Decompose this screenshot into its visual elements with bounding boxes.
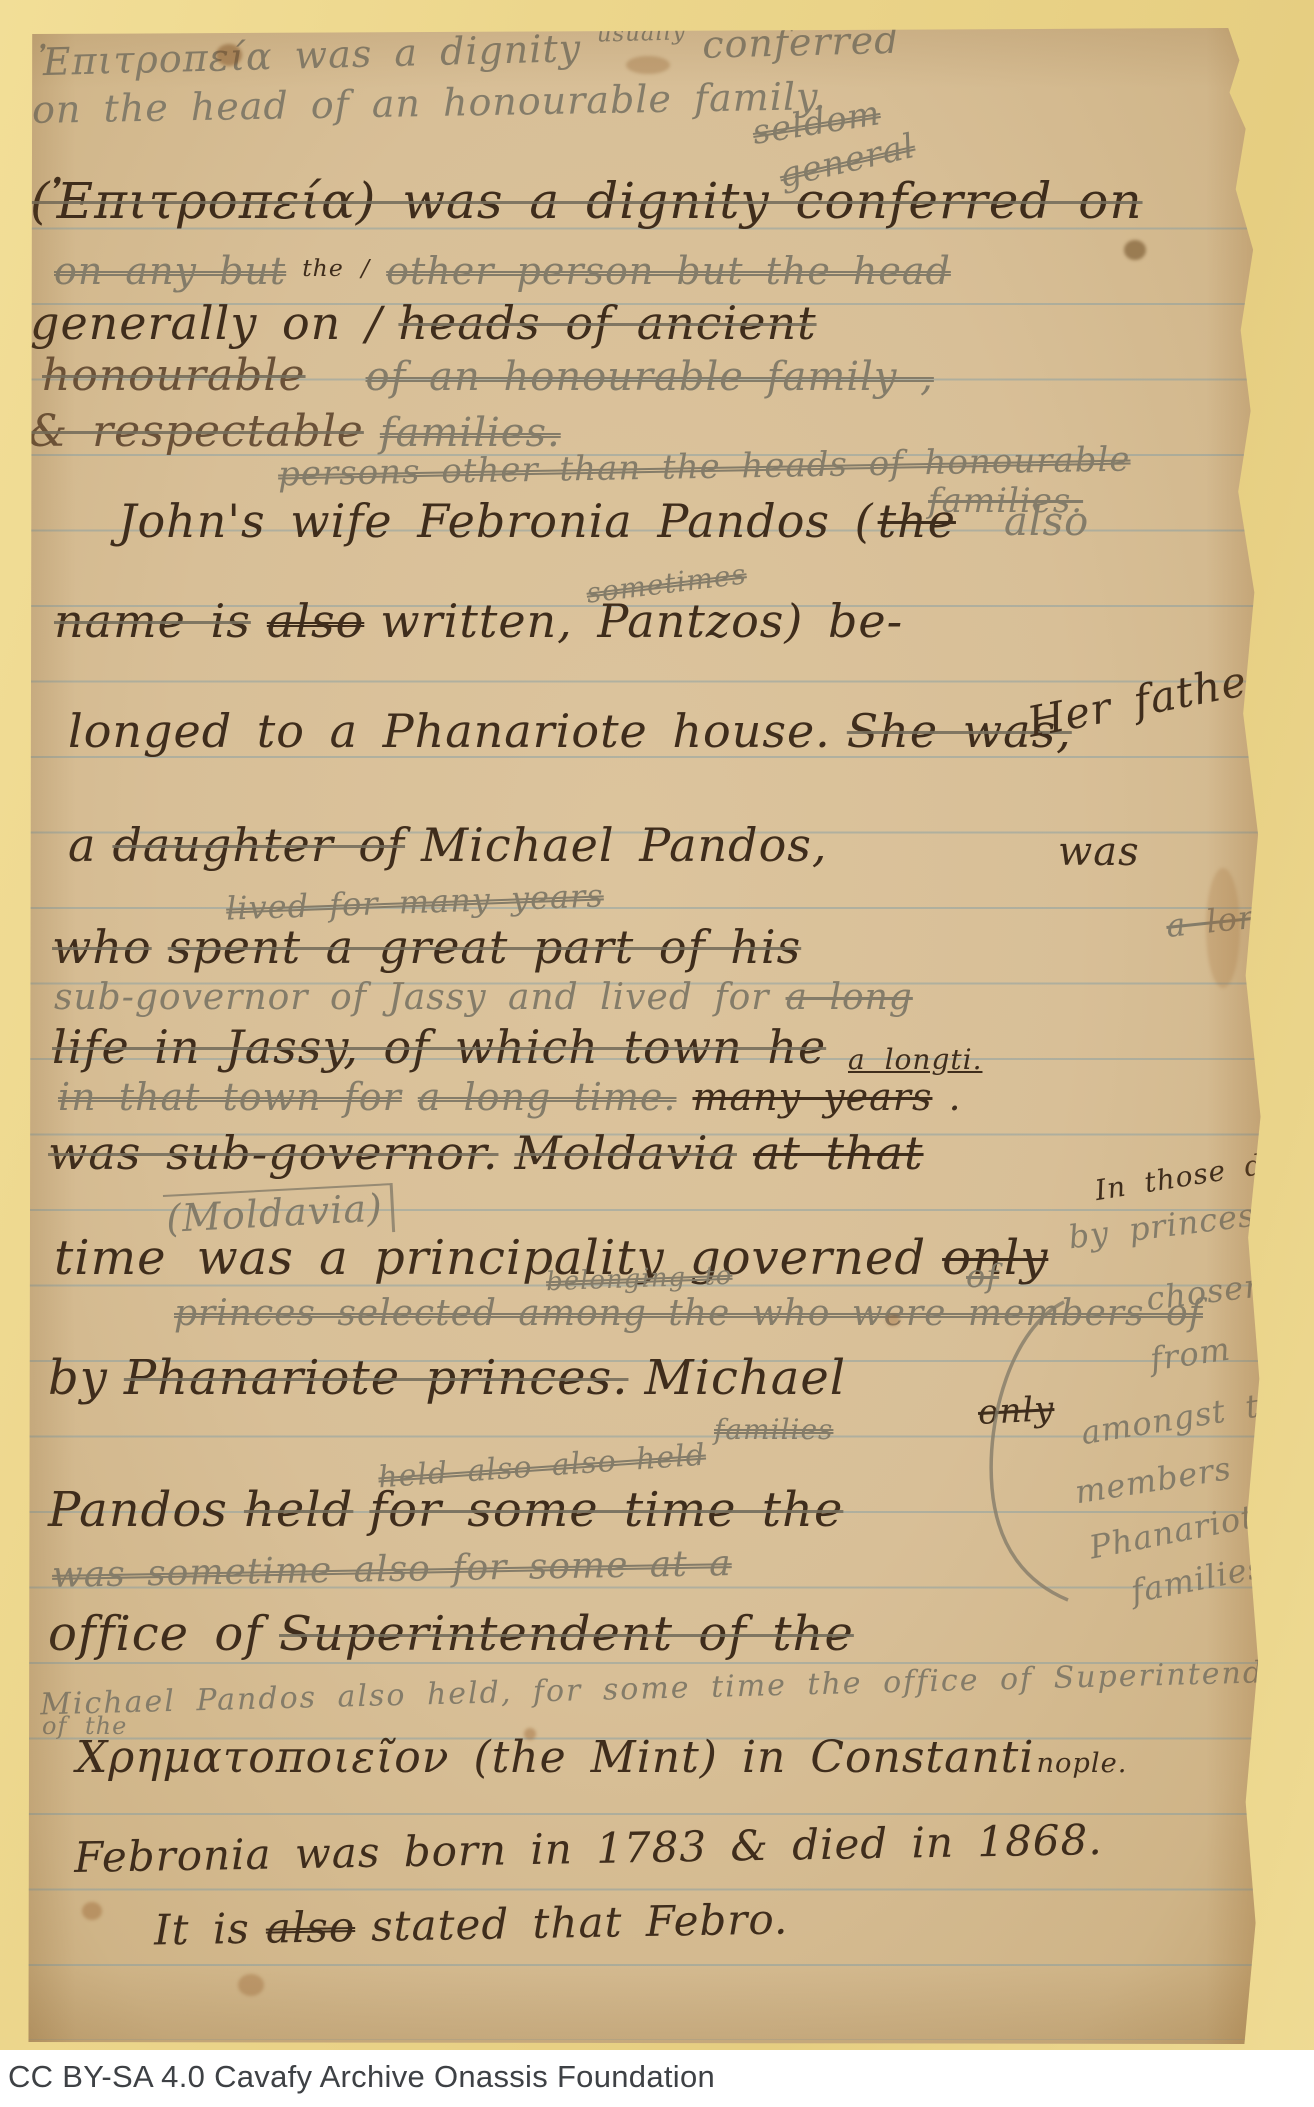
ms-text: John's wife Febronia Pandos ( [118, 494, 874, 548]
ms-struck-text: of an honourable family , [366, 354, 934, 400]
ms-struck-text: name is [54, 594, 251, 648]
ink-line-it-is-stated: It isalsostated that Febro. [154, 1898, 789, 1951]
ink-insert-a-longti: a longti. [848, 1046, 982, 1074]
ms-text: longed to a Phanariote house. [68, 704, 831, 758]
pencil-line-sub-governor: sub-governor of Jassy and lived fora lon… [54, 980, 913, 1016]
stain [1124, 240, 1146, 260]
ms-text: . [948, 1075, 961, 1119]
pencil-struck-of: of [966, 1260, 999, 1292]
ms-text: was [1058, 829, 1140, 875]
pencil-struck-lived-for: lived for many years [226, 879, 605, 924]
ms-struck-text: heads of ancient [398, 296, 816, 350]
pencil-line-michael-pandos-held: Michael Pandos also held, for some time … [40, 1658, 1293, 1721]
ms-struck-text: also [265, 1902, 355, 1953]
ink-line-mint: Χρηματοποιεῖον (the Mint) in Constantino… [76, 1736, 1127, 1780]
scanned-manuscript-view: { "palette":{"mat":"#ecd68c","paper":"#d… [0, 0, 1314, 2107]
ms-struck-text: life in Jassy, of which town he [52, 1020, 826, 1074]
ms-insert: the / [302, 254, 370, 282]
pencil-struck-belonging-to: belonging to [546, 1263, 733, 1295]
ms-struck-text: many years [692, 1075, 932, 1119]
ms-text: Χρηματοποιεῖον (the Mint) in Constanti [76, 1732, 1034, 1783]
ms-text: Pandos [48, 1482, 228, 1538]
ms-text: from [1148, 1330, 1233, 1379]
ink-line-johns-wife: John's wife Febronia Pandos (the [118, 498, 956, 544]
ms-text: by princes [1066, 1196, 1257, 1257]
ms-text: on the head of an honourable family. [32, 74, 827, 132]
ms-text: time [54, 1230, 167, 1286]
ms-struck-text: who [52, 920, 152, 974]
ms-text: Ἐπιτροπεία was a dignity [38, 26, 582, 84]
ms-struck-text: at that [753, 1126, 924, 1180]
ms-struck-text: in that town for [58, 1075, 402, 1119]
ms-struck-text: the [878, 494, 956, 548]
ms-text: nople. [1036, 1748, 1127, 1779]
pencil-struck-families2: families [714, 1416, 833, 1444]
ms-struck-text: held [244, 1482, 353, 1538]
ink-line-office-superintendent: office ofSuperintendent of the [48, 1610, 854, 1658]
stain [238, 1974, 264, 1996]
license-caption-bar: CC BY-SA 4.0 Cavafy Archive Onassis Foun… [0, 2050, 1314, 2107]
ms-text: Michael Pandos also held, for some time … [40, 1655, 1293, 1723]
stain [82, 1902, 102, 1920]
ms-struck-text: other person but the head [386, 249, 951, 293]
struck-line-respectable: & respectablefamilies. [28, 410, 561, 454]
ms-text: office of [48, 1606, 263, 1662]
ink-line-febronia-dates: Febronia was born in 1783 & died in 1868… [74, 1819, 1103, 1879]
manuscript-page: Ἐπιτροπεία was a dignityusuallyconferred… [26, 28, 1268, 2044]
pencil-insert-also: also [1004, 502, 1089, 542]
ms-text: Michael Pandos, [421, 818, 828, 872]
ms-struck-text: a long [786, 977, 913, 1018]
ms-struck-text: daughter of [112, 818, 405, 872]
ms-struck-text: on any but [54, 249, 286, 293]
ms-struck-text: Phanariote princes. [124, 1350, 629, 1406]
ink-line-was-sub-governor: was sub-governor.Moldaviaat that [48, 1130, 924, 1176]
ink-line-who-spent: whospent a great part of his [52, 924, 801, 970]
ink-insert-her-father: Her father, [1024, 654, 1280, 744]
ms-text: also [1004, 499, 1089, 545]
struck-line-on-any-but: on any butthe /other person but the head [54, 252, 951, 290]
ms-struck-text: spent a great part of his [168, 920, 802, 974]
ink-line-generally: generally on /heads of ancient [30, 300, 817, 346]
margin-note-chosen: chosen [1144, 1269, 1267, 1315]
ms-text: Her father, [1024, 650, 1282, 746]
ms-struck-text: was sub-governor. [48, 1126, 498, 1180]
ms-text: a [68, 818, 96, 872]
ms-struck-text: for some time the [369, 1482, 843, 1538]
ink-insert-was: was [1058, 832, 1140, 872]
ms-text: a longti. [848, 1043, 982, 1076]
ms-text: stated that Febro. [371, 1894, 789, 1950]
ms-struck-text: & respectable [28, 406, 364, 457]
ms-text: Michael [644, 1350, 846, 1406]
ms-struck-text: of [966, 1257, 999, 1295]
ink-line-life-in-jassy: life in Jassy, of which town he [52, 1024, 826, 1070]
ms-struck-text: Moldavia [514, 1126, 737, 1180]
ms-text: by [48, 1350, 108, 1406]
ink-line-daughter: adaughter ofMichael Pandos, [68, 822, 828, 868]
ms-text: written, Pantzos) be- [380, 594, 903, 648]
ink-line-by-phanariote: byPhanariote princes.Michael [48, 1354, 846, 1402]
struck-line-honourable: honourableof an honourable family , [42, 354, 934, 398]
ink-line-name-is: name isalsowritten, Pantzos) be- [54, 598, 903, 644]
ink-line-pandos-held: Pandosheldfor some time the [48, 1486, 843, 1534]
margin-note-by-princes: by princes [1067, 1199, 1257, 1254]
ms-struck-text: (Ἐπιτροπεία) was a dignity conferred on [30, 172, 1143, 230]
ms-text: Febronia was born in 1783 & died in 1868… [74, 1815, 1103, 1882]
pencil-line-in-that-town: in that town fora long time.many years. [58, 1078, 962, 1116]
ms-text: chosen [1144, 1266, 1268, 1318]
ms-struck-text: honourable [42, 350, 306, 401]
ms-text: generally on / [30, 296, 382, 350]
ms-text: sub-governor of Jassy and lived for [54, 977, 770, 1018]
ms-struck-text: was sometime also for some at a [52, 1543, 732, 1596]
ms-struck-text: families [714, 1413, 833, 1446]
pencil-struck-was-sometime: was sometime also for some at a [52, 1546, 732, 1594]
margin-bracket-stroke [972, 1298, 1072, 1608]
ink-line-epitropeia: (Ἐπιτροπεία) was a dignity conferred on [30, 176, 1143, 226]
ms-struck-text: belonging to [546, 1261, 733, 1297]
ink-line-longed: longed to a Phanariote house.She was, [68, 708, 1072, 754]
ms-struck-text: also [267, 594, 364, 648]
margin-note-from: from [1148, 1333, 1232, 1376]
license-caption-text: CC BY-SA 4.0 Cavafy Archive Onassis Foun… [8, 2059, 715, 2095]
ms-struck-text: Superintendent of the [279, 1606, 854, 1662]
ms-text: It is [154, 1904, 251, 1955]
pencil-note-line-2: on the head of an honourable family. [32, 77, 827, 129]
ms-struck-text: a long time. [418, 1075, 677, 1119]
